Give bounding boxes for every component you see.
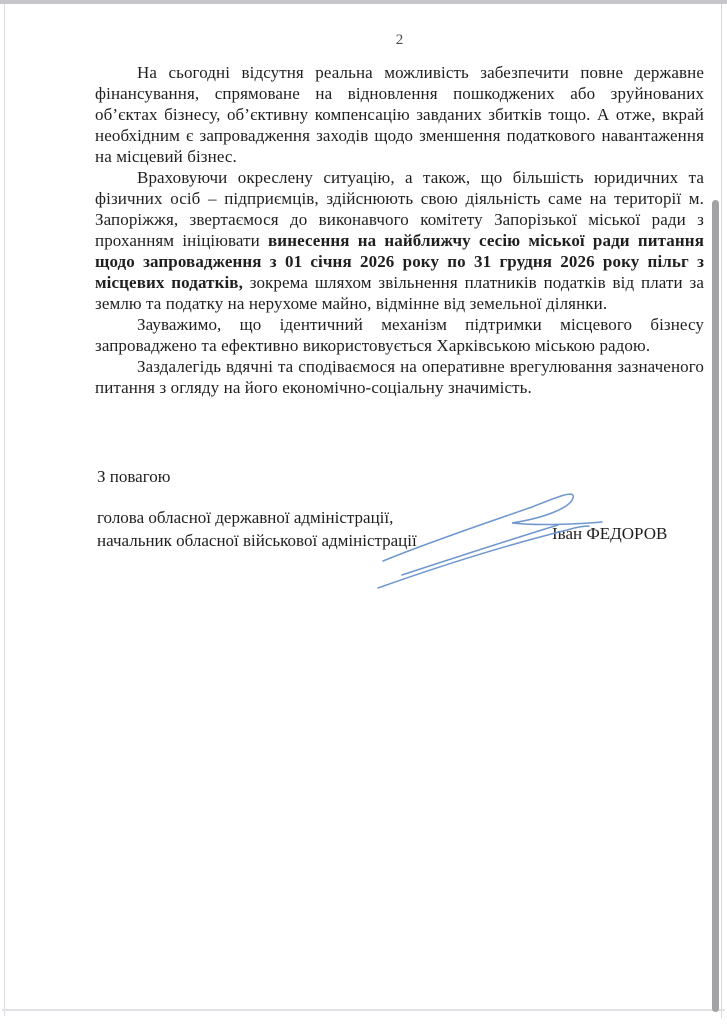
document-page: 2 На сьогодні відсутня реальна можливіст… [0,0,727,1024]
signer-title-line1: голова обласної державної адміністрації, [97,506,467,529]
paragraph: Враховуючи окреслену ситуацію, а також, … [95,167,704,314]
paragraph-segment: Зауважимо, що ідентичний механізм підтри… [95,315,704,355]
signer-name: Іван ФЕДОРОВ [552,524,667,544]
paragraph: Заздалегідь вдячні та сподіваємося на оп… [95,356,704,398]
paragraph-segment: Заздалегідь вдячні та сподіваємося на оп… [95,357,704,397]
signer-title-line2: начальник обласної військової адміністра… [97,529,467,552]
paragraph: На сьогодні відсутня реальна можливість … [95,62,704,167]
signer-titles: голова обласної державної адміністрації,… [97,506,467,552]
body-text: На сьогодні відсутня реальна можливість … [95,62,704,398]
page-number: 2 [95,32,704,49]
scan-right-edge [721,4,722,1018]
closing-salutation: З повагою [97,467,170,487]
page-edge-shadow [712,200,719,1012]
paragraph: Зауважимо, що ідентичний механізм підтри… [95,314,704,356]
scan-bottom-edge [2,1009,725,1011]
paragraph-segment: На сьогодні відсутня реальна можливість … [95,63,704,166]
scan-top-edge [0,0,727,4]
scan-left-edge [4,4,5,1016]
